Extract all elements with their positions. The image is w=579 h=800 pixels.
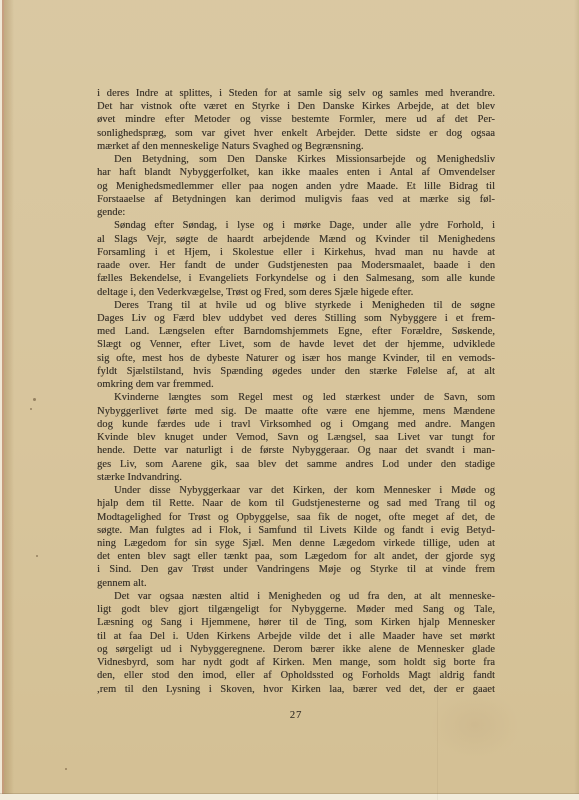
text-line: ,rem til den Lysning i Skoven, hvor Kirk… [97, 683, 495, 696]
text-line: i Sind. Den gav Trøst under Vandringens … [97, 563, 495, 576]
paragraph: Kvinderne længtes som Regel mest og led … [97, 391, 495, 484]
text-line: Nybyggerlivet førte med sig. De maatte o… [97, 405, 495, 418]
text-line: Forstaaelse af Betydningen kan derimod m… [97, 193, 495, 206]
text-line: Den Betydning, som Den Danske Kirkes Mis… [97, 153, 495, 166]
paragraph: Den Betydning, som Den Danske Kirkes Mis… [97, 153, 495, 219]
text-line: hende. Dette var naturligt i de første N… [97, 444, 495, 457]
text-line: til at faa Del i. Uden Kirkens Arbejde v… [97, 630, 495, 643]
text-line: sig ofte, mest hos de dybeste Naturer og… [97, 352, 495, 365]
page-text: i deres Indre at splittes, i Steden for … [97, 87, 495, 696]
text-line: Læsning og Sang i Hjemmene, hører til de… [97, 616, 495, 629]
text-line: Det har vistnok ofte været en Styrke i D… [97, 100, 495, 113]
text-line: øvet mindre efter Metoder og visse beste… [97, 113, 495, 126]
text-line: omkring dem var fremmed. [97, 378, 495, 391]
text-line: Kvinderne længtes som Regel mest og led … [97, 391, 495, 404]
page-right-edge-shade [574, 0, 579, 800]
text-line: Vidnesbyrd, som har nydt godt af Kirken.… [97, 656, 495, 669]
paper-speck [33, 398, 36, 401]
paragraph: Under disse Nybyggerkaar var det Kirken,… [97, 484, 495, 590]
text-line: gende: [97, 206, 495, 219]
book-page-scan: i deres Indre at splittes, i Steden for … [0, 0, 579, 800]
text-line: gennem alt. [97, 577, 495, 590]
text-line: Søndag efter Søndag, i lyse og i mørke D… [97, 219, 495, 232]
paragraph: Det var ogsaa næsten altid i Menigheden … [97, 590, 495, 696]
page-gutter-shadow [4, 0, 14, 800]
text-line: i deres Indre at splittes, i Steden for … [97, 87, 495, 100]
paragraph: Søndag efter Søndag, i lyse og i mørke D… [97, 219, 495, 298]
page-number: 27 [97, 710, 495, 721]
text-line: hjalp dem til Rette. Naar de kom til Gud… [97, 497, 495, 510]
text-line: raade over. Her fandt de under Gudstjene… [97, 259, 495, 272]
paragraph: Deres Trang til at hvile ud og blive sty… [97, 299, 495, 392]
text-line: Modtagelighed for Trøst og Opbyggelse, s… [97, 511, 495, 524]
text-line: Slægt og Venner, efter Livet, som de hav… [97, 338, 495, 351]
text-line: Kvinde blev knuget under Vemod, Savn og … [97, 431, 495, 444]
paper-speck [36, 555, 38, 557]
text-line: stærke Indvandring. [97, 471, 495, 484]
text-line: al Slags Vejr, søgte de haardt arbejdend… [97, 233, 495, 246]
text-line: fyldt Sjælstilstand, hvis Spænding øgede… [97, 365, 495, 378]
paragraph: i deres Indre at splittes, i Steden for … [97, 87, 495, 153]
text-line: deltage i, den Vederkvægelse, Trøst og F… [97, 286, 495, 299]
text-line: Dages Liv og Færd blev uddybet ved deres… [97, 312, 495, 325]
text-line: ligt godt blev gjort tilgængeligt for Ny… [97, 603, 495, 616]
text-line: Deres Trang til at hvile ud og blive sty… [97, 299, 495, 312]
text-line: Under disse Nybyggerkaar var det Kirken,… [97, 484, 495, 497]
text-line: mærket af den menneskelige Naturs Svaghe… [97, 140, 495, 153]
page-bottom-edge [0, 794, 579, 800]
text-line: med Land. Længselen efter Barndomshjemme… [97, 325, 495, 338]
text-line: og sørgeligt ud i Nybyggeregnene. Derom … [97, 643, 495, 656]
text-line: dog kunde færdes ude i travl Virksomhed … [97, 418, 495, 431]
text-line: søgte. Man fulgtes ad i Flok, i Samfund … [97, 524, 495, 537]
text-line: det enten blev sagt eller tænkt paa, som… [97, 550, 495, 563]
paper-stain [430, 690, 520, 760]
paper-speck [30, 408, 32, 410]
text-line: og Menighedsmedlemmer eller paa nogen an… [97, 180, 495, 193]
text-line: har haft blandt Nybyggerfolket, kan ikke… [97, 166, 495, 179]
text-line: sonlighedspræg, som var givet hver enkel… [97, 127, 495, 140]
paper-speck [65, 768, 67, 770]
text-line: Forsamling i et Hjem, i Skolestue eller … [97, 246, 495, 259]
text-line: ning Lægedom for sin syge Sjæl. Men denn… [97, 537, 495, 550]
text-line: ges Liv, som Aarene gik, saa blev det sa… [97, 458, 495, 471]
text-line: Det var ogsaa næsten altid i Menigheden … [97, 590, 495, 603]
text-line: den, eller stod den imod, eller af Ophol… [97, 669, 495, 682]
text-line: fælles Bekendelse, i Evangeliets Forkynd… [97, 272, 495, 285]
